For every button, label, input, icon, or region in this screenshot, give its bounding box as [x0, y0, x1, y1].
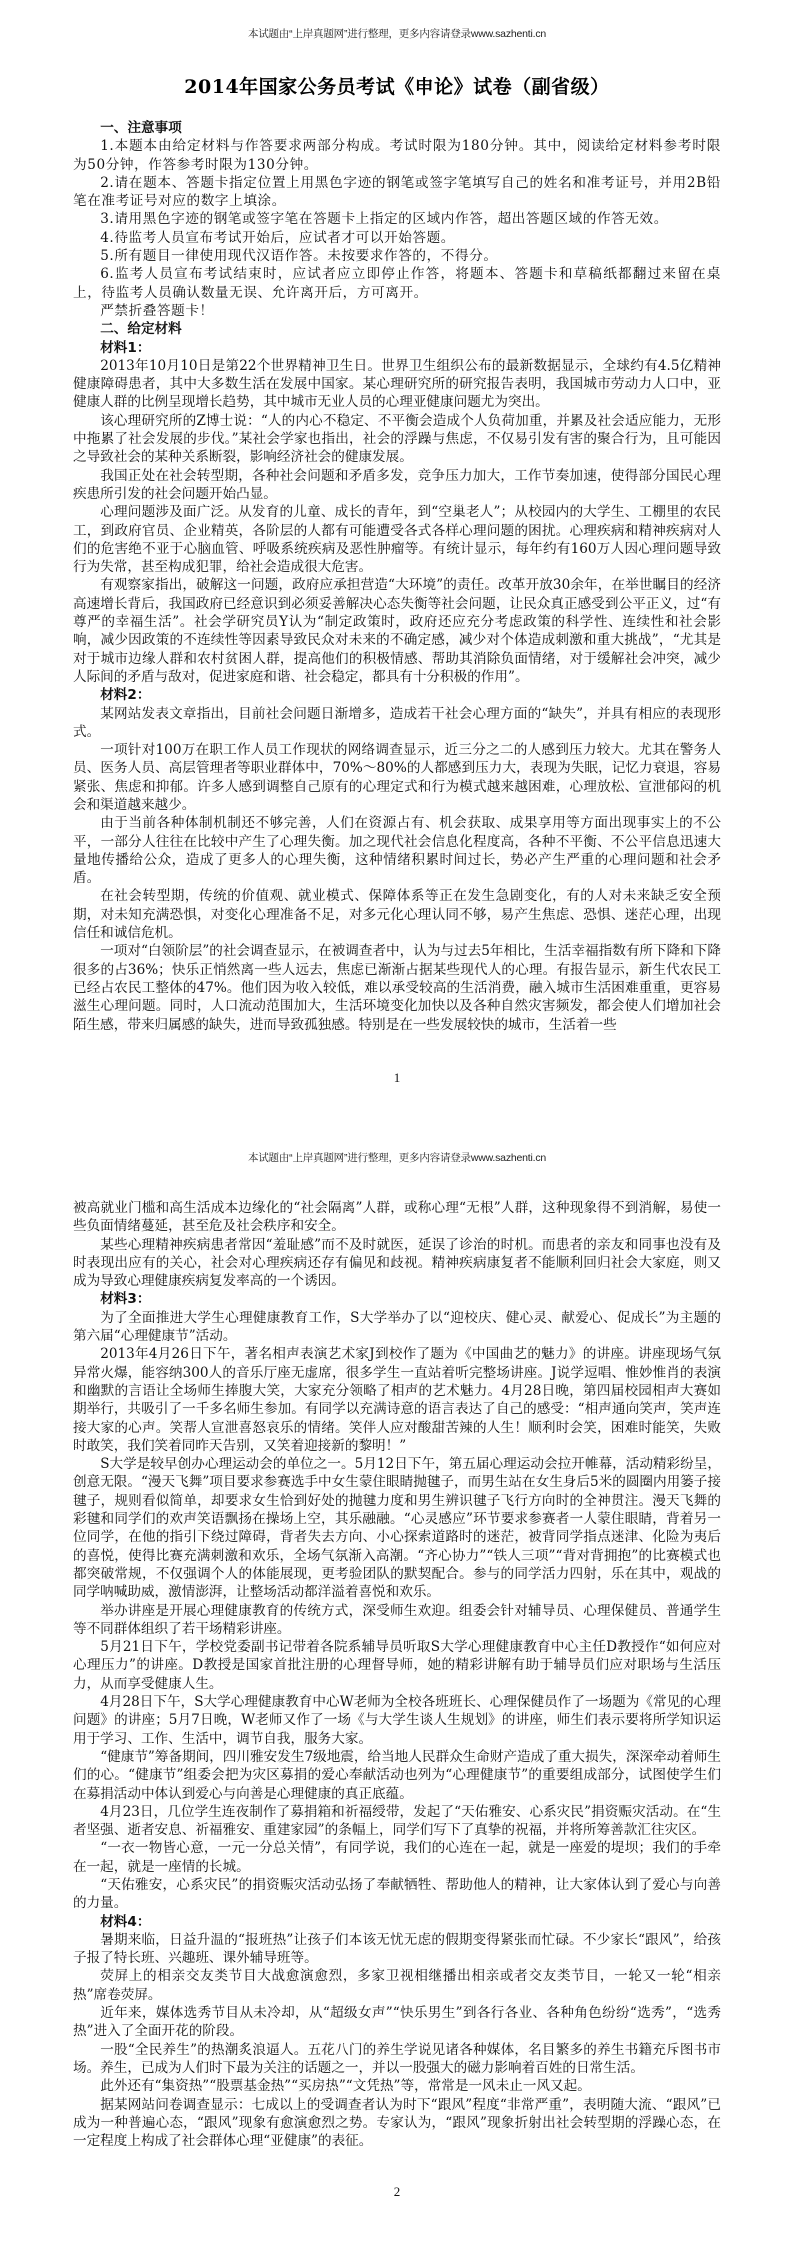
material-4-paragraph: 荧屏上的相亲交友类节目大战愈演愈烈，多家卫视相继播出相亲或者交友类节目，一轮又一… — [73, 1967, 721, 2004]
material-3-paragraph: 2013年4月26日下午，著名相声表演艺术家J到校作了题为《中国曲艺的魅力》的讲… — [73, 1345, 721, 1455]
material-2-paragraph: 一项针对100万在职工作人员工作现状的网络调查显示，近三分之二的人感到压力较大。… — [73, 741, 721, 814]
material-3-paragraph: “健康节”筹备期间，四川雅安发生7级地震，给当地人民群众生命财产造成了重大损失，… — [73, 1748, 721, 1803]
material-4-label: 材料4： — [73, 1913, 721, 1931]
material-1-paragraph: 有观察家指出，破解这一问题，政府应承担营造“大环境”的责任。改革开放30余年，在… — [73, 576, 721, 686]
material-1-paragraph: 我国正处在社会转型期，各种社会问题和矛盾多发，竞争压力加大，工作节奏加速，使得部… — [73, 467, 721, 504]
material-4-paragraph: 此外还有“集资热”“股票基金热”“买房热”“文凭热”等，常常是一风未止一风又起。 — [73, 2077, 721, 2095]
notice-item: 4.待监考人员宣布考试开始后，应试者才可以开始答题。 — [73, 229, 721, 247]
page-header-watermark: 本试题由“上岸真题网”进行整理，更多内容请登录www.sazhenti.cn — [0, 1150, 794, 1165]
material-1-label: 材料1： — [73, 339, 721, 357]
material-1-paragraph: 心理问题涉及面广泛。从发育的儿童、成长的青年，到“空巢老人”；从校园内的大学生、… — [73, 503, 721, 576]
notice-item: 3.请用黑色字迹的钢笔或签字笔在答题卡上指定的区域内作答，超出答题区域的作答无效… — [73, 210, 721, 228]
page-2-content: 被高就业门槛和高生活成本边缘化的“社会隔离”人群，或称心理“无根”人群，这种现象… — [73, 1199, 721, 2150]
material-1-paragraph: 2013年10月10日是第22个世界精神卫生日。世界卫生组织公布的最新数据显示，… — [73, 357, 721, 412]
material-3-paragraph: 举办讲座是开展心理健康教育的传统方式，深受师生欢迎。组委会针对辅导员、心理保健员… — [73, 1602, 721, 1639]
page-header-watermark: 本试题由“上岸真题网”进行整理，更多内容请登录www.sazhenti.cn — [0, 26, 794, 41]
notice-item: 1.本题本由给定材料与作答要求两部分构成。考试时限为180分钟。其中，阅读给定材… — [73, 137, 721, 174]
document-title: 2014年国家公务员考试《申论》试卷（副省级） — [0, 72, 794, 99]
material-3-paragraph: 为了全面推进大学生心理健康教育工作，S大学举办了以“迎校庆、健心灵、献爱心、促成… — [73, 1309, 721, 1346]
material-2-paragraph: 由于当前各种体制机制还不够完善，人们在资源占有、机会获取、成果享用等方面出现事实… — [73, 814, 721, 887]
material-4-paragraph: 暑期来临，日益升温的“报班热”让孩子们本该无忧无虑的假期变得紧张而忙碌。不少家长… — [73, 1931, 721, 1968]
page-number: 1 — [0, 1070, 794, 1086]
section-heading-materials: 二、给定材料 — [73, 320, 721, 338]
material-4-paragraph: 据某网站问卷调查显示：七成以上的受调查者认为时下“跟风”程度“非常严重”，表明随… — [73, 2096, 721, 2151]
material-3-paragraph: S大学是较早创办心理运动会的单位之一。5月12日下午，第五届心理运动会拉开帷幕，… — [73, 1455, 721, 1601]
notice-item: 6.监考人员宣布考试结束时，应试者应立即停止作答，将题本、答题卡和草稿纸都翻过来… — [73, 265, 721, 302]
material-3-paragraph: “一衣一物皆心意，一元一分总关情”，有同学说，我们的心连在一起，就是一座爱的堤坝… — [73, 1839, 721, 1876]
notice-item: 5.所有题目一律使用现代汉语作答。未按要求作答的，不得分。 — [73, 247, 721, 265]
section-notice: 一、注意事项 1.本题本由给定材料与作答要求两部分构成。考试时限为180分钟。其… — [73, 119, 721, 320]
section-heading-notice: 一、注意事项 — [73, 119, 721, 137]
material-3-paragraph: 5月21日下午，学校党委副书记带着各院系辅导员听取S大学心理健康教育中心主任D教… — [73, 1638, 721, 1693]
material-2-continuation: 被高就业门槛和高生活成本边缘化的“社会隔离”人群，或称心理“无根”人群，这种现象… — [73, 1199, 721, 1236]
material-2-paragraph: 在社会转型期，传统的价值观、就业模式、保障体系等正在发生急剧变化，有的人对未来缺… — [73, 887, 721, 942]
material-2-paragraph: 某网站发表文章指出，目前社会问题日渐增多，造成若干社会心理方面的“缺失”，并具有… — [73, 705, 721, 742]
material-4-paragraph: 近年来，媒体选秀节目从未冷却，从“超级女声”“快乐男生”到各行各业、各种角色纷纷… — [73, 2004, 721, 2041]
notice-item: 2.请在题本、答题卡指定位置上用黑色字迹的钢笔或签字笔填写自己的姓名和准考证号，… — [73, 174, 721, 211]
material-4-paragraph: 一股“全民养生”的热潮炙浪逼人。五花八门的养生学说见诸各种媒体，名目繁多的养生书… — [73, 2041, 721, 2078]
material-1-paragraph: 该心理研究所的Z博士说：“人的内心不稳定、不平衡会造成个人负荷加重，并累及社会适… — [73, 412, 721, 467]
material-3-paragraph: 4月28日下午，S大学心理健康教育中心W老师为全校各班班长、心理保健员作了一场题… — [73, 1693, 721, 1748]
page-number: 2 — [0, 2184, 794, 2200]
material-2-label: 材料2： — [73, 686, 721, 704]
material-2-paragraph: 一项对“白领阶层”的社会调查显示，在被调查者中，认为与过去5年相比，生活幸福指数… — [73, 942, 721, 1033]
material-3-paragraph: “天佑雅安，心系灾民”的捐资赈灾活动弘扬了奉献牺牲、帮助他人的精神，让大家体认到… — [73, 1876, 721, 1913]
page-1: 本试题由“上岸真题网”进行整理，更多内容请登录www.sazhenti.cn 2… — [0, 0, 794, 1122]
page-1-content: 一、注意事项 1.本题本由给定材料与作答要求两部分构成。考试时限为180分钟。其… — [73, 119, 721, 1034]
page-2: 本试题由“上岸真题网”进行整理，更多内容请登录www.sazhenti.cn 被… — [0, 1122, 794, 2244]
notice-item-warning: 严禁折叠答题卡！ — [73, 302, 721, 320]
material-3-label: 材料3： — [73, 1290, 721, 1308]
material-3-paragraph: 4月23日，几位学生连夜制作了募捐箱和祈福绶带，发起了“天佑雅安、心系灾民”捐资… — [73, 1803, 721, 1840]
material-2-paragraph: 某些心理精神疾病患者常因“羞耻感”而不及时就医，延误了诊治的时机。而患者的亲友和… — [73, 1236, 721, 1291]
